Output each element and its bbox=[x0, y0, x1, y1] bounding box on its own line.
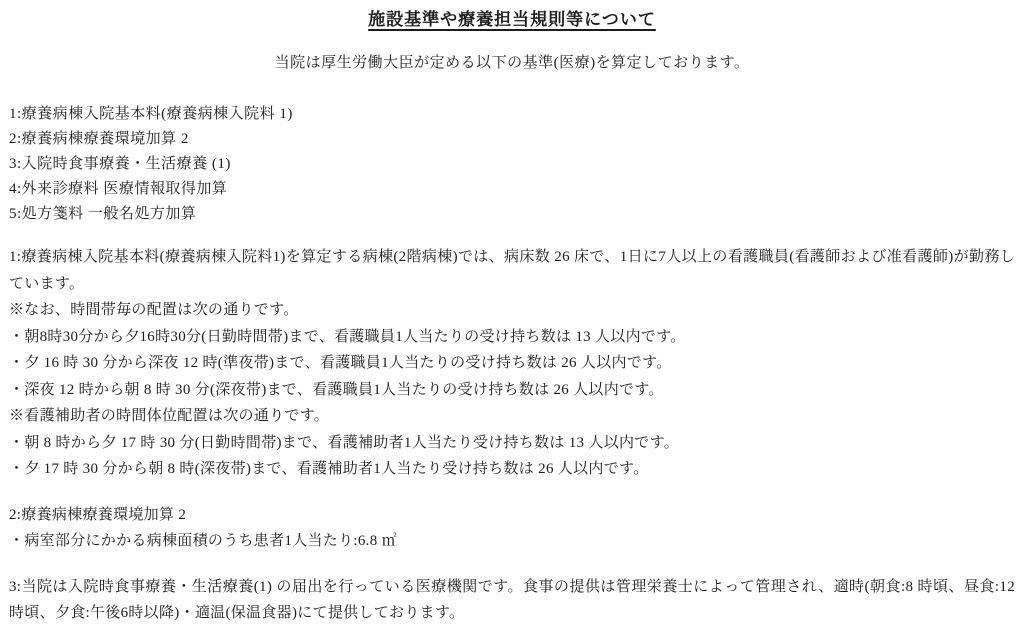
nurse-shift-evening: ・夕 16 時 30 分から深夜 12 時(準夜帯)まで、看護職員1人当たりの受… bbox=[9, 350, 1015, 377]
nurse-shift-night: ・深夜 12 時から朝 8 時 30 分(深夜帯)まで、看護職員1人当たりの受け… bbox=[9, 377, 1015, 404]
document-page: 施設基準や療養担当規則等について 当院は厚生労働大臣が定める以下の基準(医療)を… bbox=[0, 0, 1024, 625]
standards-list: 1:療養病棟入院基本料(療養病棟入院料 1) 2:療養病棟療養環境加算 2 3:… bbox=[9, 102, 1015, 227]
assistant-shift-day: ・朝 8 時から夕 17 時 30 分(日勤時間帯)まで、看護補助者1人当たり受… bbox=[9, 430, 1015, 457]
section-2: 2:療養病棟療養環境加算 2 ・病室部分にかかる病棟面積のうち患者1人当たり:6… bbox=[9, 502, 1015, 555]
section3-paragraph: 3:当院は入院時食事療養・生活療養(1) の届出を行っている医療機関です。食事の… bbox=[9, 574, 1015, 625]
assistant-shift-night: ・夕 17 時 30 分から朝 8 時(深夜帯)まで、看護補助者1人当たり受け持… bbox=[9, 456, 1015, 483]
section1-paragraph: 1:療養病棟入院基本料(療養病棟入院料1)を算定する病棟(2階病棟)では、病床数… bbox=[9, 244, 1015, 297]
standards-item-5: 5:処方箋料 一般名処方加算 bbox=[9, 202, 1015, 227]
nurse-staffing-note: ※なお、時間帯毎の配置は次の通りです。 bbox=[9, 297, 1015, 324]
intro-line: 当院は厚生労働大臣が定める以下の基準(医療)を算定しております。 bbox=[9, 50, 1015, 76]
section-1: 1:療養病棟入院基本料(療養病棟入院料1)を算定する病棟(2階病棟)では、病床数… bbox=[9, 244, 1015, 483]
standards-item-4: 4:外来診療料 医療情報取得加算 bbox=[9, 177, 1015, 202]
standards-item-1: 1:療養病棟入院基本料(療養病棟入院料 1) bbox=[9, 102, 1015, 127]
section2-detail: ・病室部分にかかる病棟面積のうち患者1人当たり:6.8 ㎡ bbox=[9, 528, 1015, 555]
section2-heading: 2:療養病棟療養環境加算 2 bbox=[9, 502, 1015, 529]
assistant-staffing-note: ※看護補助者の時間体位配置は次の通りです。 bbox=[9, 403, 1015, 430]
standards-item-2: 2:療養病棟療養環境加算 2 bbox=[9, 127, 1015, 152]
section-3: 3:当院は入院時食事療養・生活療養(1) の届出を行っている医療機関です。食事の… bbox=[9, 574, 1015, 625]
nurse-shift-day: ・朝8時30分から夕16時30分(日勤時間帯)まで、看護職員1人当たりの受け持ち… bbox=[9, 324, 1015, 351]
standards-item-3: 3:入院時食事療養・生活療養 (1) bbox=[9, 152, 1015, 177]
document-title: 施設基準や療養担当規則等について bbox=[9, 7, 1015, 32]
